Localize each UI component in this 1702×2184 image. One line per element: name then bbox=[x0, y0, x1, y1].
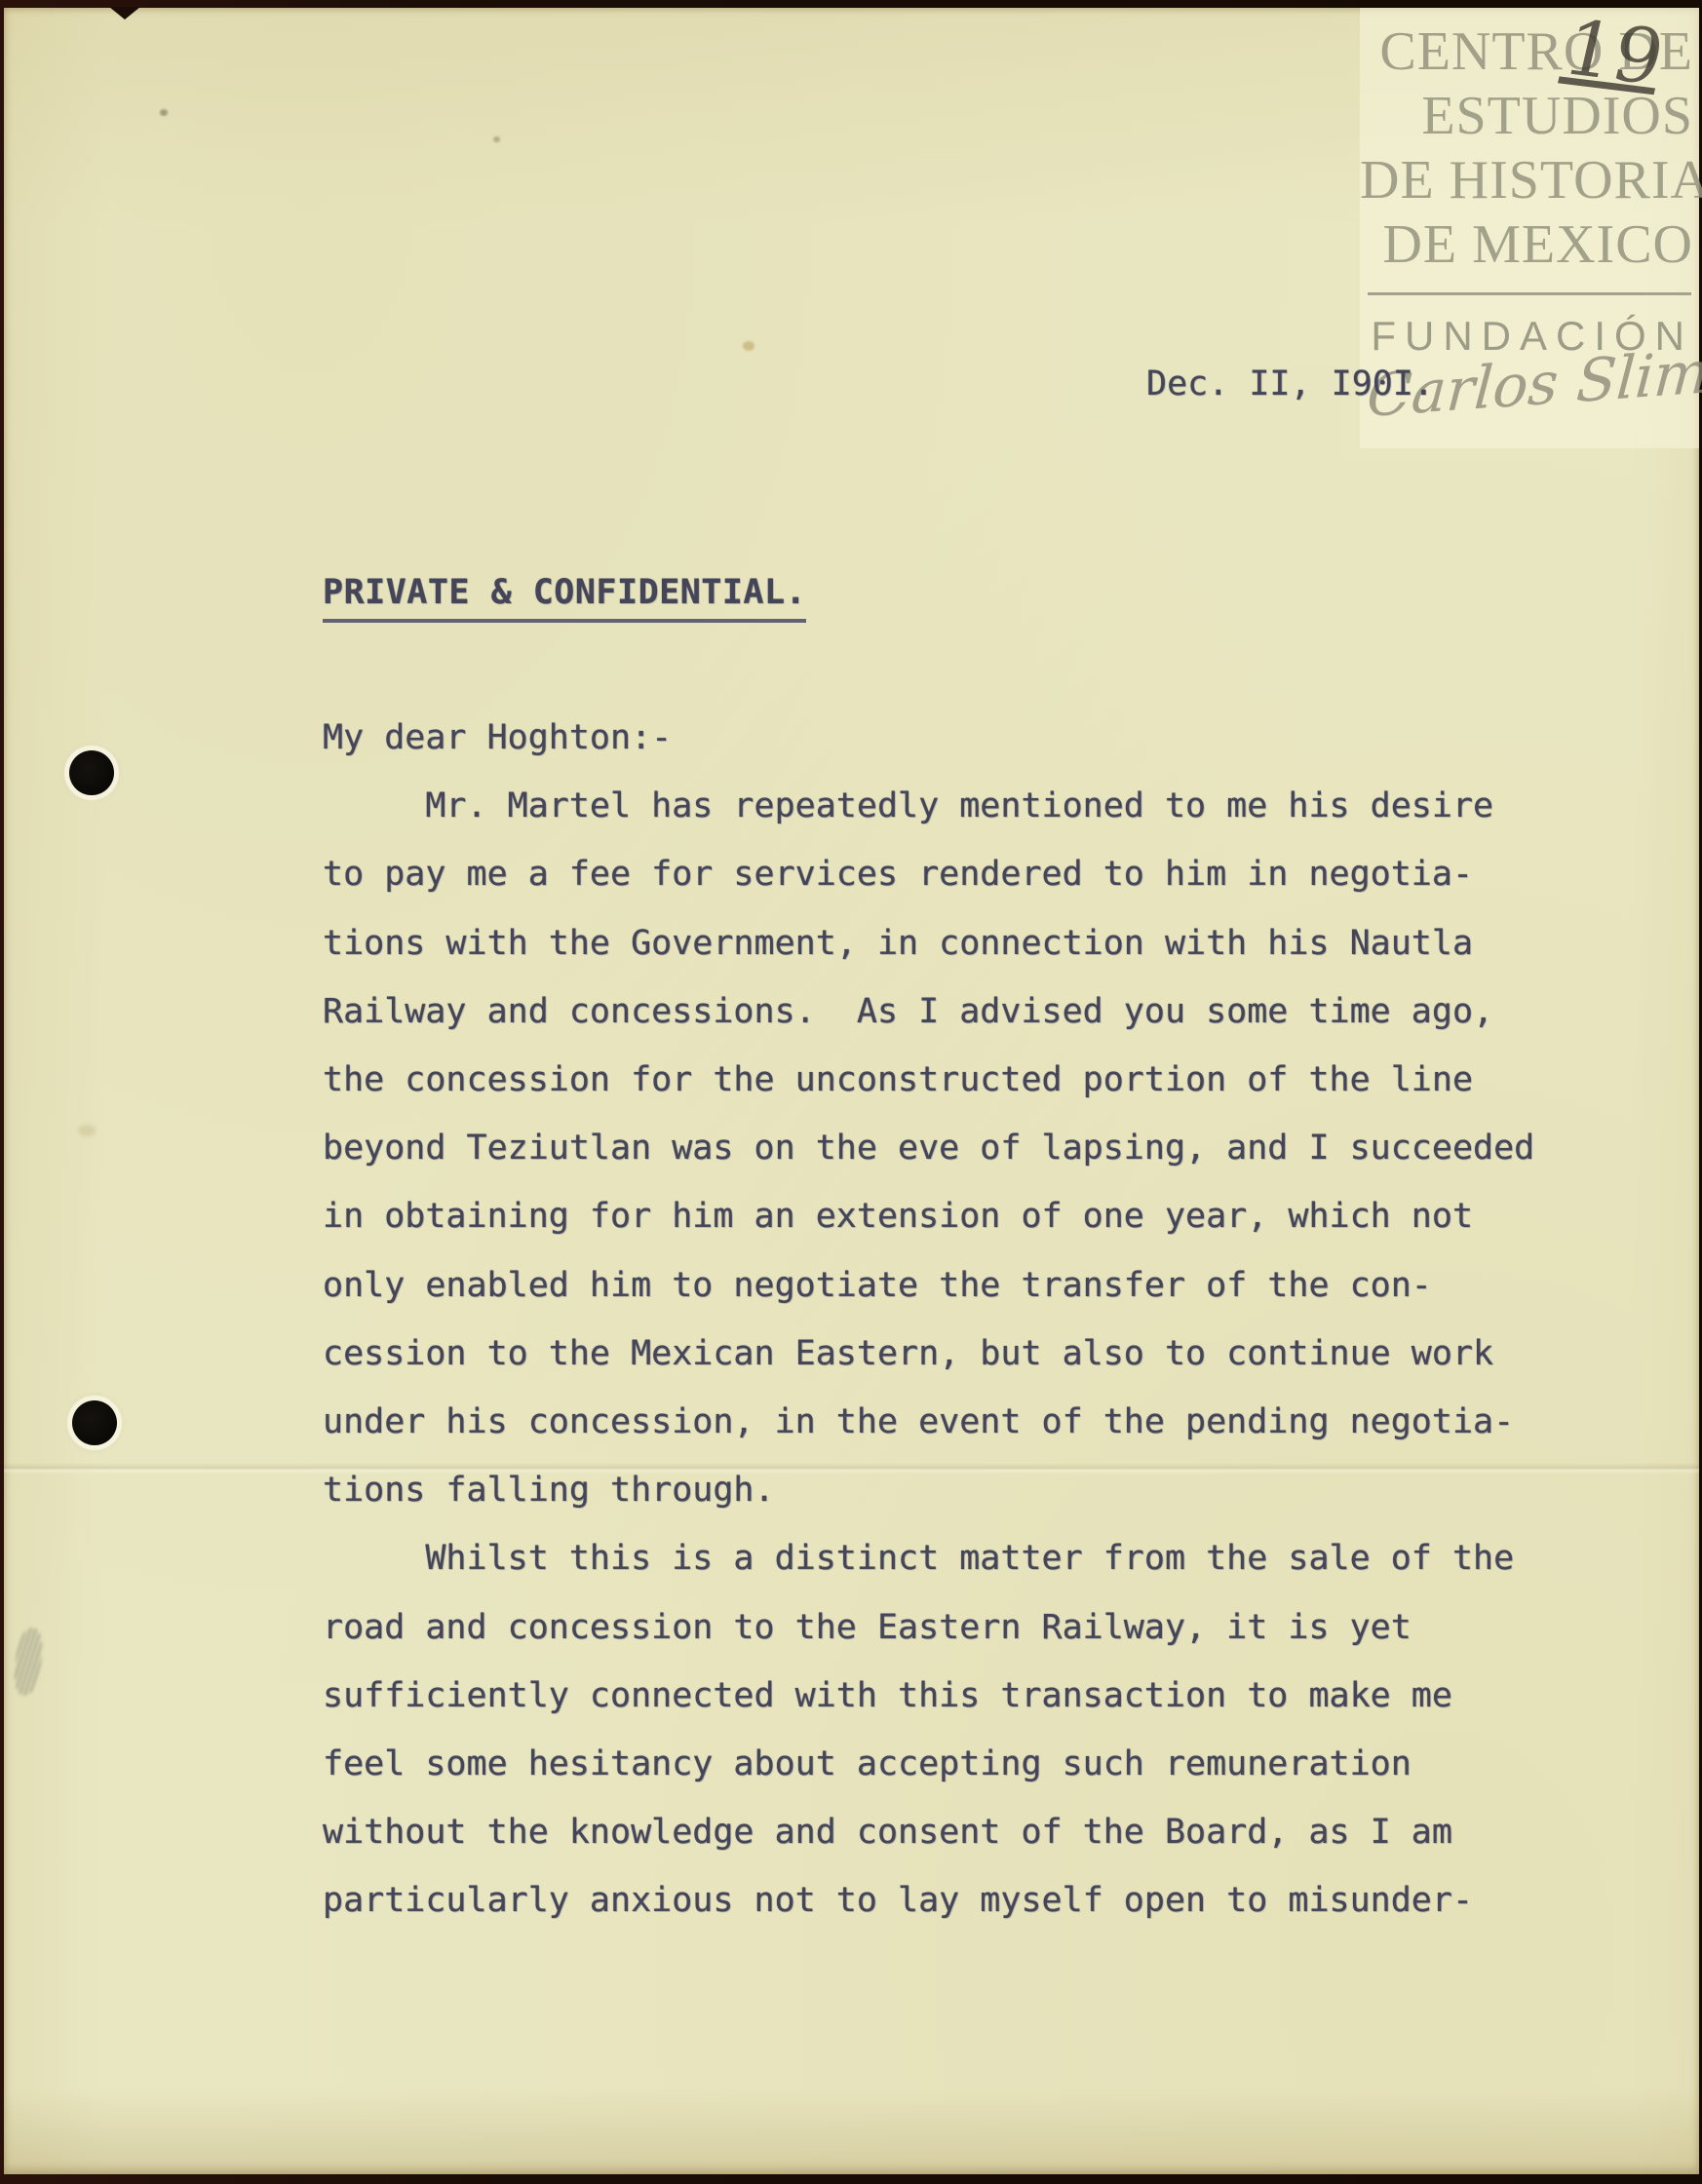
paper-stain bbox=[743, 341, 754, 351]
paper-stain bbox=[78, 1125, 96, 1136]
letter-line: in obtaining for him an extension of one… bbox=[323, 1182, 1590, 1250]
letter-line: without the knowledge and consent of the… bbox=[323, 1798, 1590, 1866]
watermark-line: DE HISTORIA bbox=[1360, 148, 1693, 212]
paper-sheet: CENTRO DE ESTUDIOS DE HISTORIA DE MEXICO… bbox=[4, 8, 1699, 2174]
letter-line: cession to the Mexican Eastern, but also… bbox=[323, 1320, 1590, 1388]
pencil-page-number: 19 bbox=[1556, 5, 1672, 102]
letter-salutation: My dear Hoghton:- bbox=[323, 704, 1590, 772]
letter-line: under his concession, in the event of th… bbox=[323, 1388, 1590, 1456]
letter-line: sufficiently connected with this transac… bbox=[323, 1662, 1590, 1730]
paper-stain bbox=[160, 109, 168, 116]
letter-line: tions with the Government, in connection… bbox=[323, 909, 1590, 977]
letter-line: feel some hesitancy about accepting such… bbox=[323, 1730, 1590, 1798]
punch-hole-bottom bbox=[72, 1400, 117, 1445]
watermark-rule bbox=[1368, 292, 1691, 295]
tear-notch bbox=[109, 7, 140, 19]
letter-line: Mr. Martel has repeatedly mentioned to m… bbox=[323, 772, 1590, 840]
letter-line: only enabled him to negotiate the transf… bbox=[323, 1251, 1590, 1320]
letter-body: My dear Hoghton:- Mr. Martel has repeate… bbox=[323, 704, 1590, 1935]
letter-date: Dec. II, I90I. bbox=[1146, 364, 1434, 403]
letter-line: road and concession to the Eastern Railw… bbox=[323, 1593, 1590, 1662]
paper-stain bbox=[493, 136, 500, 142]
letter-line: to pay me a fee for services rendered to… bbox=[323, 840, 1590, 908]
fold-crease bbox=[4, 1463, 1699, 1475]
scan-background: CENTRO DE ESTUDIOS DE HISTORIA DE MEXICO… bbox=[0, 0, 1702, 2184]
ink-smudge bbox=[11, 1627, 45, 1698]
letter-lines: Mr. Martel has repeatedly mentioned to m… bbox=[323, 772, 1590, 1935]
letter-line: beyond Teziutlan was on the eve of lapsi… bbox=[323, 1114, 1590, 1182]
letter-line: Whilst this is a distinct matter from th… bbox=[323, 1524, 1590, 1592]
letter-heading: PRIVATE & CONFIDENTIAL. bbox=[323, 573, 806, 623]
watermark-line: DE MEXICO bbox=[1360, 212, 1693, 277]
letter-line: Railway and concessions. As I advised yo… bbox=[323, 977, 1590, 1046]
letter-line: the concession for the unconstructed por… bbox=[323, 1046, 1590, 1114]
letter-line: particularly anxious not to lay myself o… bbox=[323, 1866, 1590, 1935]
punch-hole-top bbox=[69, 750, 114, 795]
